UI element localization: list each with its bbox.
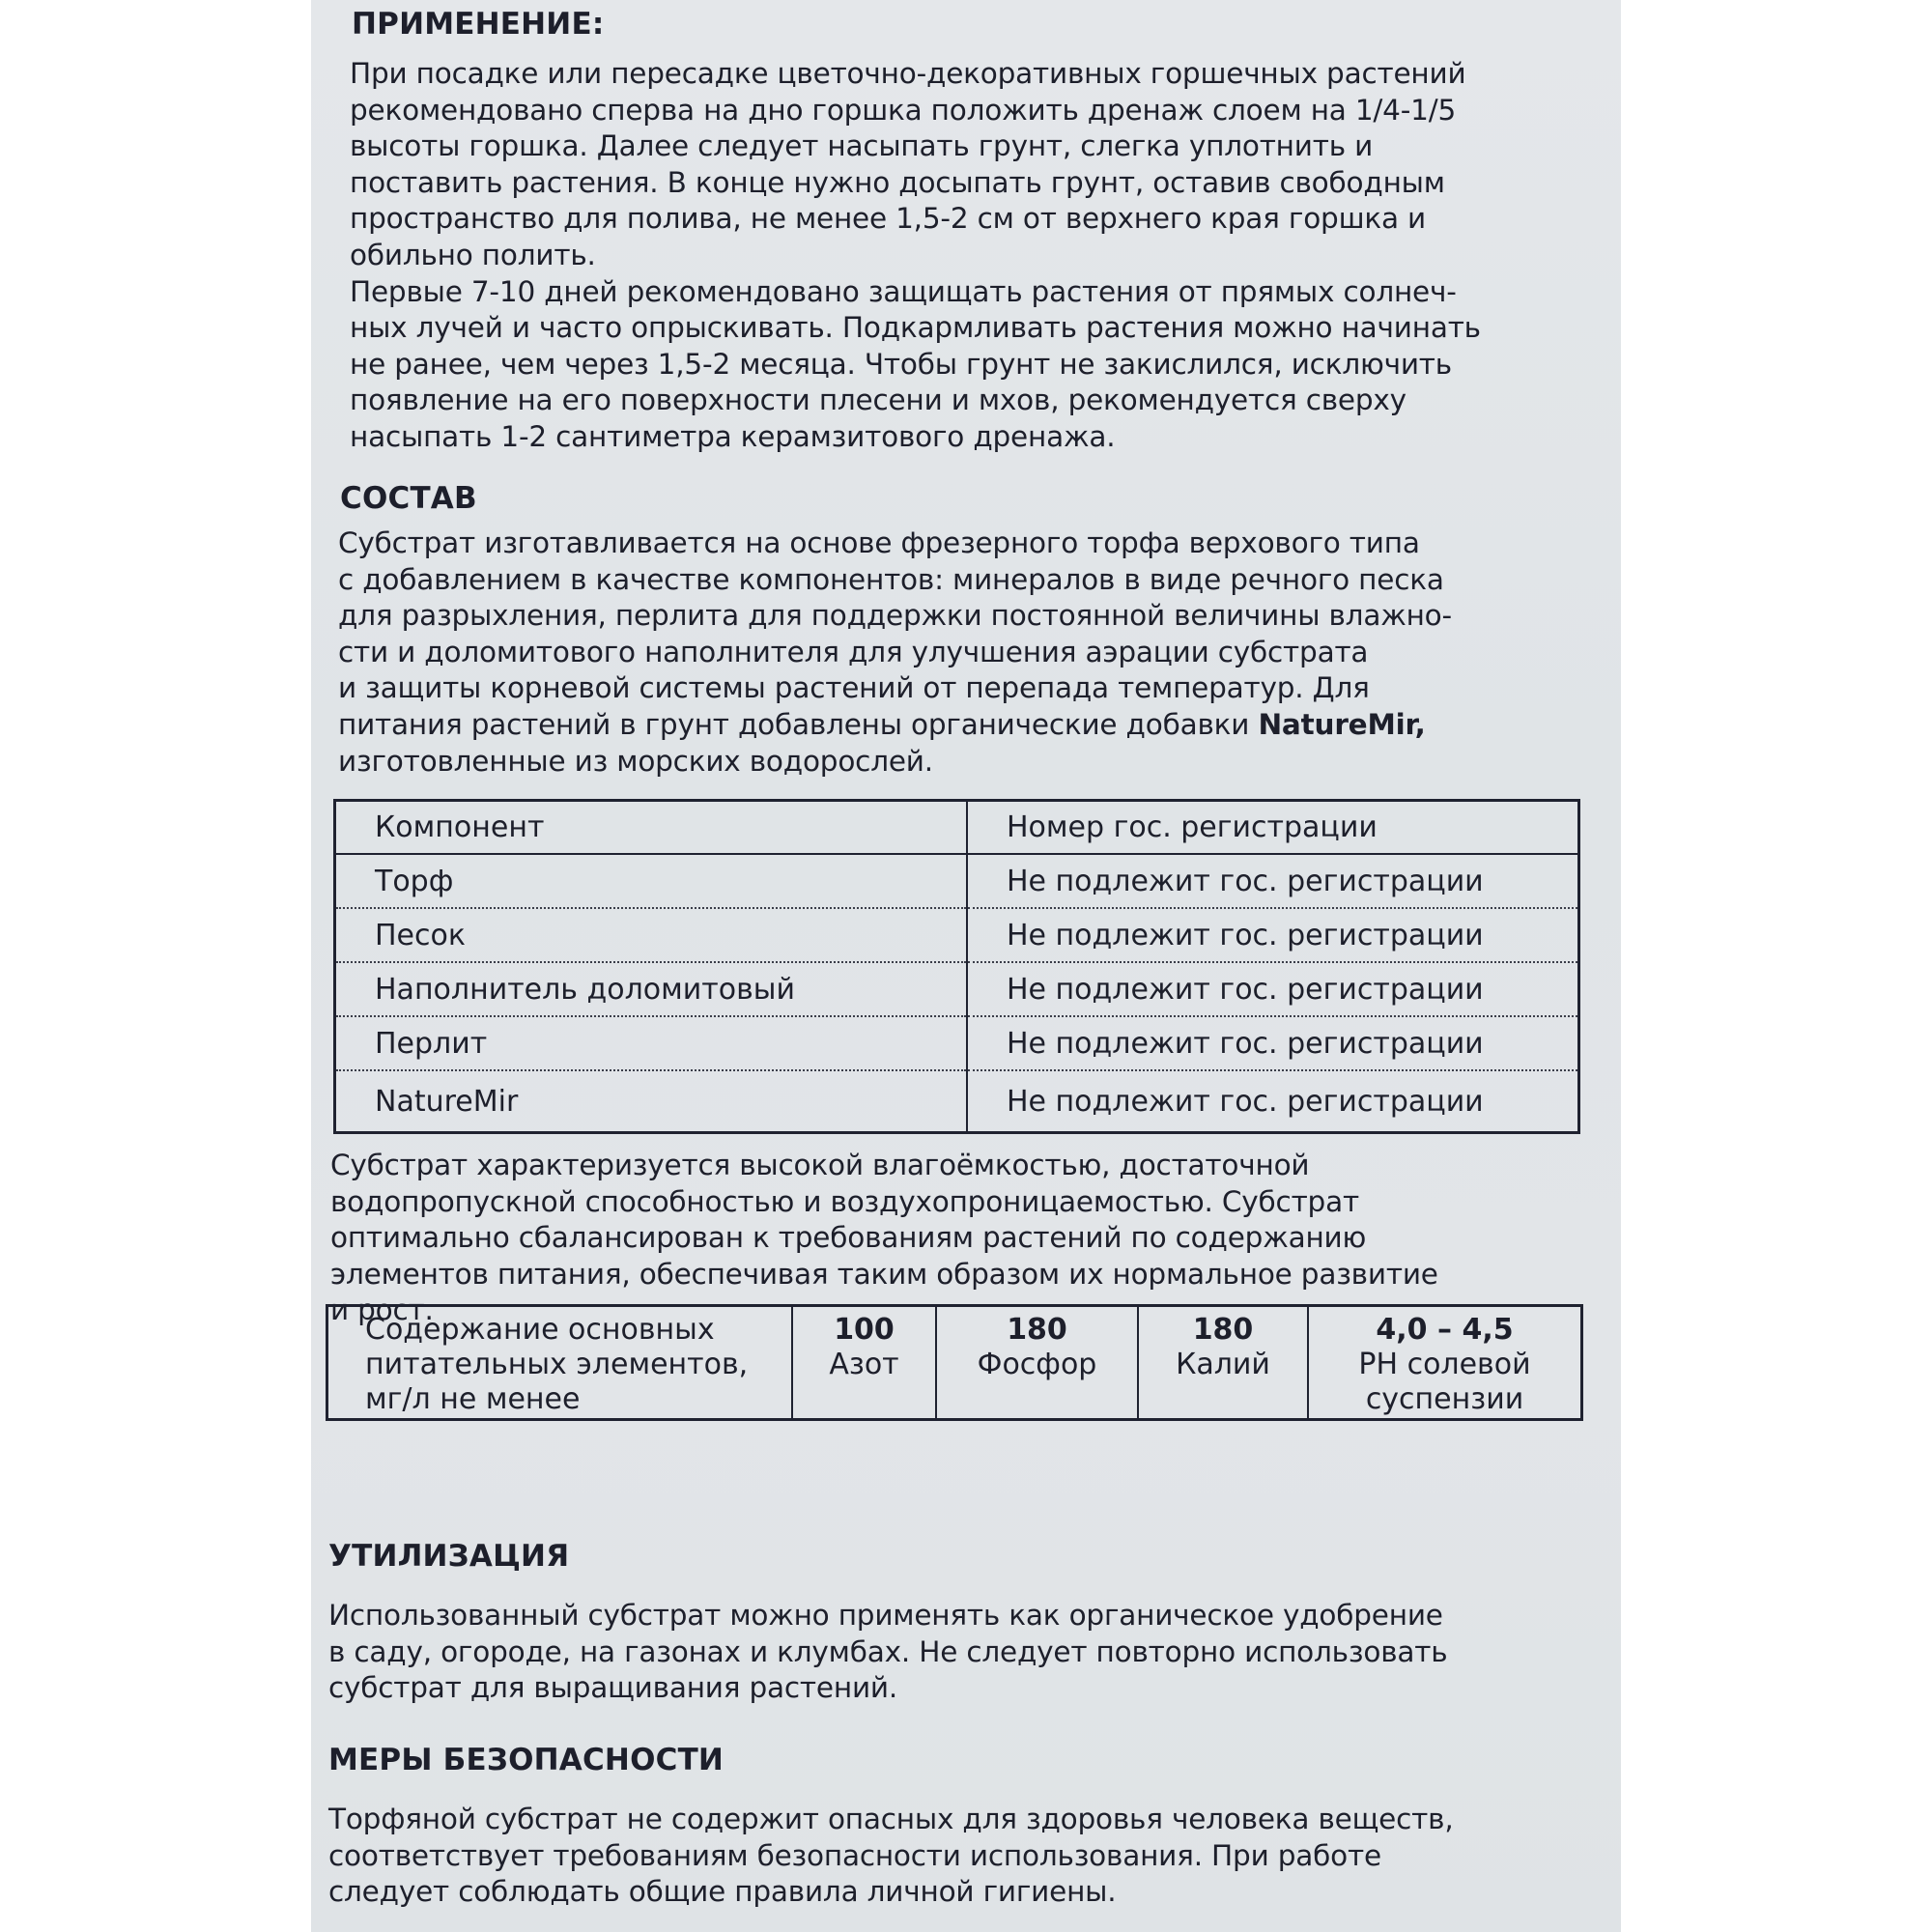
disposal-line: Использованный субстрат можно применять … — [328, 1598, 1447, 1634]
table-row: Перлит Не подлежит гос. регистрации — [335, 1016, 1579, 1070]
registration-status: Не подлежит гос. регистрации — [967, 962, 1579, 1016]
composition-heading: СОСТАВ — [340, 480, 477, 517]
composition-line: для разрыхления, перлита для поддержки п… — [338, 598, 1452, 635]
safety-line: Торфяной субстрат не содержит опасных дл… — [328, 1802, 1454, 1838]
usage-text: При посадке или пересадке цветочно-декор… — [350, 56, 1481, 456]
table-row: NatureMir Не подлежит гос. регистрации — [335, 1070, 1579, 1133]
usage-line: Первые 7-10 дней рекомендовано защищать … — [350, 274, 1481, 311]
usage-section: ПРИМЕНЕНИЕ: — [352, 6, 604, 43]
nutrient-value: 180 — [938, 1313, 1136, 1348]
components-table-header: Компонент Номер гос. регистрации — [335, 801, 1579, 855]
usage-line: поставить растения. В конце нужно досыпа… — [350, 165, 1481, 202]
usage-line: высоты горшка. Далее следует насыпать гр… — [350, 128, 1481, 165]
composition-line: питания растений в грунт добавлены орган… — [338, 707, 1452, 744]
composition-line: сти и доломитового наполнителя для улучш… — [338, 635, 1452, 671]
usage-line: насыпать 1-2 сантиметра керамзитового др… — [350, 419, 1481, 456]
usage-line: появление на его поверхности плесени и м… — [350, 383, 1481, 419]
composition-line: с добавлением в качестве компонентов: ми… — [338, 562, 1452, 599]
characteristics-line: водопропускной способностью и воздухопро… — [330, 1184, 1438, 1221]
component-name: NatureMir — [335, 1070, 968, 1133]
nutrient-value: 180 — [1140, 1313, 1306, 1348]
nutrient-name: Калий — [1140, 1348, 1306, 1382]
header-component: Компонент — [335, 801, 968, 855]
nutrients-table: Содержание основных питательных элементо… — [326, 1304, 1583, 1421]
composition-line: и защиты корневой системы растений от пе… — [338, 670, 1452, 707]
component-name: Торф — [335, 854, 968, 908]
characteristics-line: оптимально сбалансирован к требованиям р… — [330, 1220, 1438, 1257]
nutrient-phosphorus: 180 Фосфор — [936, 1306, 1138, 1420]
registration-status: Не подлежит гос. регистрации — [967, 1070, 1579, 1133]
component-name: Перлит — [335, 1016, 968, 1070]
table-row: Наполнитель доломитовый Не подлежит гос.… — [335, 962, 1579, 1016]
disposal-line: в саду, огороде, на газонах и клумбах. Н… — [328, 1634, 1447, 1671]
components-table: Компонент Номер гос. регистрации Торф Не… — [333, 799, 1580, 1134]
safety-heading: МЕРЫ БЕЗОПАСНОСТИ — [328, 1742, 724, 1778]
nutrient-name-2: суспензии — [1310, 1382, 1579, 1417]
nutrients-label-line: питательных элементов, — [365, 1348, 790, 1382]
component-name: Песок — [335, 908, 968, 962]
table-row: Торф Не подлежит гос. регистрации — [335, 854, 1579, 908]
header-registration: Номер гос. регистрации — [967, 801, 1579, 855]
usage-line: ных лучей и часто опрыскивать. Подкармли… — [350, 310, 1481, 347]
registration-status: Не подлежит гос. регистрации — [967, 1016, 1579, 1070]
usage-line: не ранее, чем через 1,5-2 месяца. Чтобы … — [350, 347, 1481, 384]
characteristics-text: Субстрат характеризуется высокой влагоём… — [330, 1148, 1438, 1329]
usage-line: При посадке или пересадке цветочно-декор… — [350, 56, 1481, 93]
disposal-heading: УТИЛИЗАЦИЯ — [328, 1538, 569, 1575]
disposal-section: УТИЛИЗАЦИЯ — [328, 1538, 569, 1575]
nutrients-row: Содержание основных питательных элементо… — [327, 1306, 1582, 1420]
nutrient-value: 100 — [794, 1313, 934, 1348]
nutrients-label-line: мг/л не менее — [365, 1382, 790, 1417]
composition-section: СОСТАВ — [340, 480, 477, 517]
nutrient-name: Фосфор — [938, 1348, 1136, 1382]
nutrient-nitrogen: 100 Азот — [792, 1306, 936, 1420]
table-row: Песок Не подлежит гос. регистрации — [335, 908, 1579, 962]
usage-line: обильно полить. — [350, 238, 1481, 274]
usage-line: рекомендовано сперва на дно горшка полож… — [350, 93, 1481, 129]
nutrient-name: Азот — [794, 1348, 934, 1382]
safety-line: соответствует требованиям безопасности и… — [328, 1838, 1454, 1875]
registration-status: Не подлежит гос. регистрации — [967, 908, 1579, 962]
composition-line: Субстрат изготавливается на основе фрезе… — [338, 526, 1452, 562]
nutrient-value: 4,0 – 4,5 — [1310, 1313, 1579, 1348]
composition-line-text: питания растений в грунт добавлены орган… — [338, 708, 1249, 741]
component-name: Наполнитель доломитовый — [335, 962, 968, 1016]
composition-text: Субстрат изготавливается на основе фрезе… — [338, 526, 1452, 780]
nutrient-potassium: 180 Калий — [1138, 1306, 1308, 1420]
disposal-text: Использованный субстрат можно применять … — [328, 1598, 1447, 1707]
disposal-line: субстрат для выращивания растений. — [328, 1670, 1447, 1707]
packaging-back-label: ПРИМЕНЕНИЕ: При посадке или пересадке цв… — [311, 0, 1621, 1932]
nutrients-label-line: Содержание основных — [365, 1313, 790, 1348]
registration-status: Не подлежит гос. регистрации — [967, 854, 1579, 908]
safety-section: МЕРЫ БЕЗОПАСНОСТИ — [328, 1742, 724, 1778]
characteristics-line: элементов питания, обеспечивая таким обр… — [330, 1257, 1438, 1293]
characteristics-line: Субстрат характеризуется высокой влагоём… — [330, 1148, 1438, 1184]
usage-line: пространство для полива, не менее 1,5-2 … — [350, 201, 1481, 238]
nutrients-label: Содержание основных питательных элементо… — [327, 1306, 793, 1420]
usage-heading: ПРИМЕНЕНИЕ: — [352, 6, 604, 43]
brand-name: NatureMir, — [1258, 708, 1425, 741]
composition-line: изготовленные из морских водорослей. — [338, 744, 1452, 781]
safety-line: следует соблюдать общие правила личной г… — [328, 1874, 1454, 1911]
safety-text: Торфяной субстрат не содержит опасных дл… — [328, 1802, 1454, 1911]
nutrient-ph: 4,0 – 4,5 PH солевой суспензии — [1308, 1306, 1582, 1420]
nutrient-name: PH солевой — [1310, 1348, 1579, 1382]
